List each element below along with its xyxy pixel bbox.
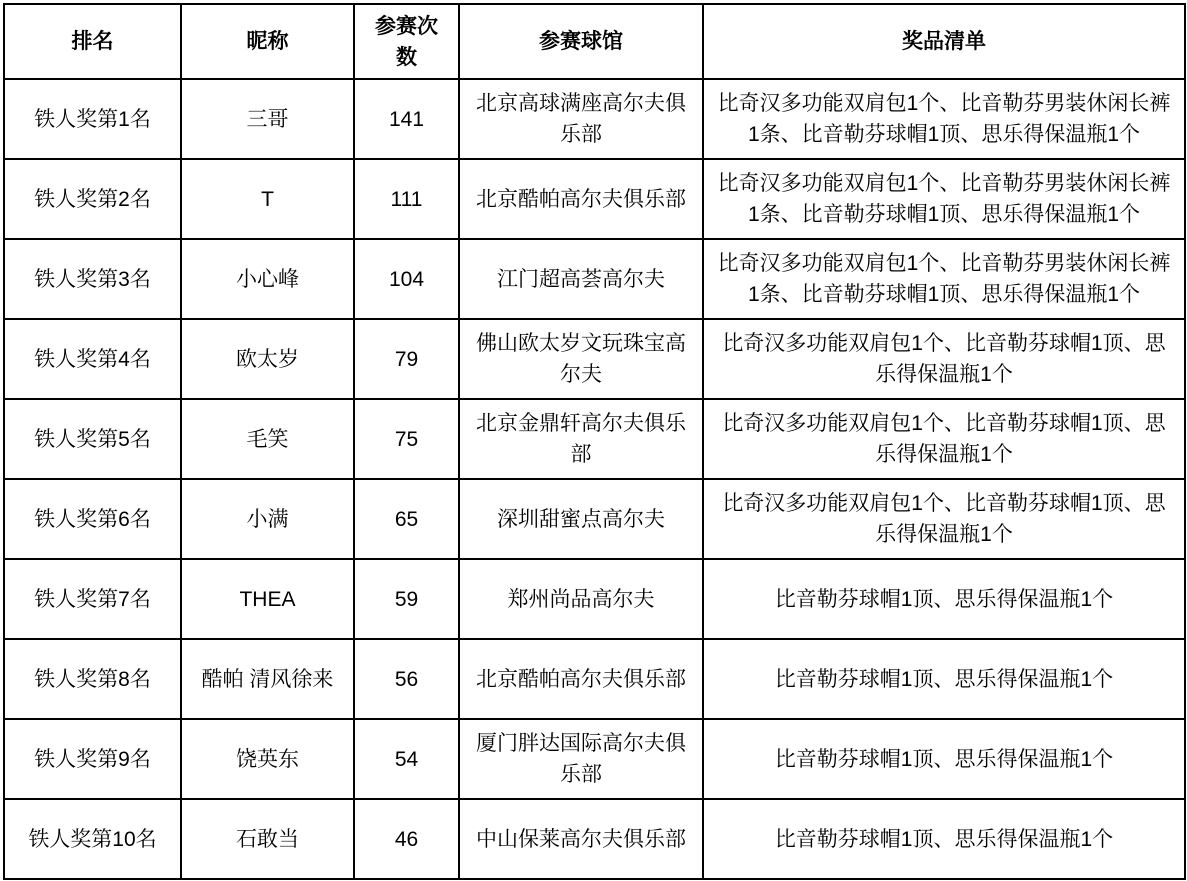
- column-header-rank: 排名: [4, 4, 181, 79]
- times-cell: 54: [354, 719, 459, 799]
- page: 排名 昵称 参赛次数 参赛球馆 奖品清单 铁人奖第1名 三哥 141 北京高球满…: [0, 0, 1187, 881]
- table-row: 铁人奖第2名 T 111 北京酷帕高尔夫俱乐部 比奇汉多功能双肩包1个、比音勒芬…: [4, 159, 1185, 239]
- times-cell: 111: [354, 159, 459, 239]
- times-cell: 141: [354, 79, 459, 159]
- table-row: 铁人奖第3名 小心峰 104 江门超高荟高尔夫 比奇汉多功能双肩包1个、比音勒芬…: [4, 239, 1185, 319]
- times-cell: 104: [354, 239, 459, 319]
- prizes-cell: 比音勒芬球帽1顶、思乐得保温瓶1个: [703, 799, 1185, 879]
- rank-cell: 铁人奖第7名: [4, 559, 181, 639]
- ranking-table: 排名 昵称 参赛次数 参赛球馆 奖品清单 铁人奖第1名 三哥 141 北京高球满…: [3, 3, 1186, 880]
- table-row: 铁人奖第1名 三哥 141 北京高球满座高尔夫俱乐部 比奇汉多功能双肩包1个、比…: [4, 79, 1185, 159]
- table-row: 铁人奖第8名 酷帕 清风徐来 56 北京酷帕高尔夫俱乐部 比音勒芬球帽1顶、思乐…: [4, 639, 1185, 719]
- nickname-cell: T: [181, 159, 354, 239]
- prizes-cell: 比奇汉多功能双肩包1个、比音勒芬球帽1顶、思乐得保温瓶1个: [703, 479, 1185, 559]
- prizes-cell: 比奇汉多功能双肩包1个、比音勒芬男装休闲长裤1条、比音勒芬球帽1顶、思乐得保温瓶…: [703, 79, 1185, 159]
- nickname-cell: 石敢当: [181, 799, 354, 879]
- prizes-cell: 比音勒芬球帽1顶、思乐得保温瓶1个: [703, 559, 1185, 639]
- venue-cell: 佛山欧太岁文玩珠宝高尔夫: [459, 319, 703, 399]
- nickname-cell: 小满: [181, 479, 354, 559]
- table-row: 铁人奖第10名 石敢当 46 中山保莱高尔夫俱乐部 比音勒芬球帽1顶、思乐得保温…: [4, 799, 1185, 879]
- times-cell: 59: [354, 559, 459, 639]
- venue-cell: 北京酷帕高尔夫俱乐部: [459, 159, 703, 239]
- prizes-cell: 比音勒芬球帽1顶、思乐得保温瓶1个: [703, 719, 1185, 799]
- rank-cell: 铁人奖第8名: [4, 639, 181, 719]
- venue-cell: 北京金鼎轩高尔夫俱乐部: [459, 399, 703, 479]
- venue-cell: 郑州尚品高尔夫: [459, 559, 703, 639]
- rank-cell: 铁人奖第5名: [4, 399, 181, 479]
- column-header-venue: 参赛球馆: [459, 4, 703, 79]
- header-row: 排名 昵称 参赛次数 参赛球馆 奖品清单: [4, 4, 1185, 79]
- rank-cell: 铁人奖第3名: [4, 239, 181, 319]
- nickname-cell: 小心峰: [181, 239, 354, 319]
- column-header-nickname: 昵称: [181, 4, 354, 79]
- venue-cell: 中山保莱高尔夫俱乐部: [459, 799, 703, 879]
- times-cell: 75: [354, 399, 459, 479]
- prizes-cell: 比奇汉多功能双肩包1个、比音勒芬男装休闲长裤1条、比音勒芬球帽1顶、思乐得保温瓶…: [703, 159, 1185, 239]
- venue-cell: 厦门胖达国际高尔夫俱乐部: [459, 719, 703, 799]
- table-row: 铁人奖第5名 毛笑 75 北京金鼎轩高尔夫俱乐部 比奇汉多功能双肩包1个、比音勒…: [4, 399, 1185, 479]
- prizes-cell: 比奇汉多功能双肩包1个、比音勒芬男装休闲长裤1条、比音勒芬球帽1顶、思乐得保温瓶…: [703, 239, 1185, 319]
- nickname-cell: 毛笑: [181, 399, 354, 479]
- nickname-cell: 饶英东: [181, 719, 354, 799]
- rank-cell: 铁人奖第9名: [4, 719, 181, 799]
- table-row: 铁人奖第9名 饶英东 54 厦门胖达国际高尔夫俱乐部 比音勒芬球帽1顶、思乐得保…: [4, 719, 1185, 799]
- prizes-cell: 比奇汉多功能双肩包1个、比音勒芬球帽1顶、思乐得保温瓶1个: [703, 319, 1185, 399]
- column-header-prizes: 奖品清单: [703, 4, 1185, 79]
- prizes-cell: 比音勒芬球帽1顶、思乐得保温瓶1个: [703, 639, 1185, 719]
- nickname-cell: 欧太岁: [181, 319, 354, 399]
- rank-cell: 铁人奖第6名: [4, 479, 181, 559]
- venue-cell: 北京酷帕高尔夫俱乐部: [459, 639, 703, 719]
- times-cell: 56: [354, 639, 459, 719]
- times-cell: 46: [354, 799, 459, 879]
- nickname-cell: THEA: [181, 559, 354, 639]
- table-row: 铁人奖第7名 THEA 59 郑州尚品高尔夫 比音勒芬球帽1顶、思乐得保温瓶1个: [4, 559, 1185, 639]
- rank-cell: 铁人奖第4名: [4, 319, 181, 399]
- rank-cell: 铁人奖第10名: [4, 799, 181, 879]
- venue-cell: 深圳甜蜜点高尔夫: [459, 479, 703, 559]
- rank-cell: 铁人奖第1名: [4, 79, 181, 159]
- nickname-cell: 三哥: [181, 79, 354, 159]
- rank-cell: 铁人奖第2名: [4, 159, 181, 239]
- venue-cell: 北京高球满座高尔夫俱乐部: [459, 79, 703, 159]
- times-cell: 65: [354, 479, 459, 559]
- times-cell: 79: [354, 319, 459, 399]
- prizes-cell: 比奇汉多功能双肩包1个、比音勒芬球帽1顶、思乐得保温瓶1个: [703, 399, 1185, 479]
- table-row: 铁人奖第6名 小满 65 深圳甜蜜点高尔夫 比奇汉多功能双肩包1个、比音勒芬球帽…: [4, 479, 1185, 559]
- venue-cell: 江门超高荟高尔夫: [459, 239, 703, 319]
- column-header-times: 参赛次数: [354, 4, 459, 79]
- table-row: 铁人奖第4名 欧太岁 79 佛山欧太岁文玩珠宝高尔夫 比奇汉多功能双肩包1个、比…: [4, 319, 1185, 399]
- nickname-cell: 酷帕 清风徐来: [181, 639, 354, 719]
